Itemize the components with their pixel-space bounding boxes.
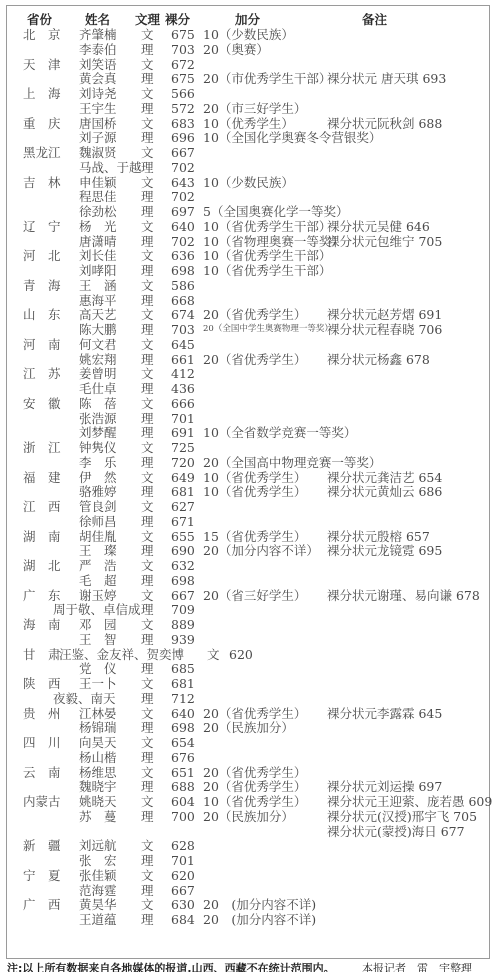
bonus-cell: 10（全省数学竞赛一等奖） — [203, 425, 356, 440]
name-cell: 严 浩 — [79, 558, 117, 573]
name-cell: 周于敬、卓信成 — [53, 602, 141, 617]
name-cell: 毛仕卓 — [79, 381, 117, 396]
name-cell: 张浩源 — [79, 411, 117, 426]
score-cell: 412 — [171, 366, 193, 381]
province-cell: 安 徽 — [23, 396, 67, 411]
name-cell: 李泰伯 — [79, 42, 117, 57]
name-cell: 徐师昌 — [79, 514, 117, 529]
score-cell: 683 — [171, 116, 193, 131]
name-cell: 陈 蓓 — [79, 396, 117, 411]
score-cell: 572 — [171, 101, 193, 116]
header-province: 省份 — [27, 12, 71, 27]
type-cell: 理 — [141, 573, 154, 588]
score-cell: 709 — [171, 602, 193, 617]
note-cell: 裸分状元包维宁 705 — [327, 234, 442, 249]
name-cell: 谢玉婷 — [79, 588, 117, 603]
name-cell: 刘长佳 — [79, 248, 117, 263]
type-cell: 理 — [141, 130, 154, 145]
bonus-cell: 15（省优秀学生） — [203, 529, 306, 544]
name-cell: 夜毅、南天 — [53, 691, 116, 706]
score-cell: 690 — [171, 543, 193, 558]
province-cell: 四 川 — [23, 735, 67, 750]
score-cell: 703 — [171, 322, 193, 337]
score-cell: 701 — [171, 853, 193, 868]
score-cell: 685 — [171, 661, 193, 676]
name-cell: 伊 然 — [79, 470, 117, 485]
score-cell: 566 — [171, 86, 193, 101]
type-cell: 文 — [141, 307, 154, 322]
note-cell: 裸分状元阮秋剑 688 — [327, 116, 442, 131]
name-cell: 黄昊华 — [79, 897, 117, 912]
province-cell: 河 北 — [23, 248, 67, 263]
name-cell: 骆雅婷 — [79, 484, 117, 499]
note-cell: 裸分状元刘运操 697 — [327, 779, 442, 794]
type-cell: 文 — [141, 499, 154, 514]
province-cell: 江 西 — [23, 499, 67, 514]
note-cell: 裸分状元黄灿云 686 — [327, 484, 442, 499]
type-cell: 理 — [141, 661, 154, 676]
footer-note: 注:以上所有数据来自各地媒体的报道,山西、西藏不在统计范围内。 — [7, 962, 335, 972]
note-cell: 裸分状元谢瑾、易向谦 678 — [327, 588, 480, 603]
type-cell: 文 — [141, 57, 154, 72]
bonus-cell: 20（市三好学生） — [203, 101, 306, 116]
score-cell: 681 — [171, 676, 193, 691]
name-cell: 杨锦瑞 — [79, 720, 117, 735]
score-cell: 636 — [171, 248, 193, 263]
score-cell: 720 — [171, 455, 193, 470]
score-cell: 712 — [171, 691, 193, 706]
bonus-cell: 10（省优秀学生干部） — [203, 248, 331, 263]
name-cell: 徐劲松 — [79, 204, 117, 219]
header-score: 裸分 — [165, 12, 190, 27]
bonus-cell: 20（省优秀学生） — [203, 779, 306, 794]
score-cell: 681 — [171, 484, 193, 499]
name-cell: 张 宏 — [79, 853, 117, 868]
note-cell: 裸分状元龚洁艺 654 — [327, 470, 442, 485]
score-cell: 667 — [171, 588, 193, 603]
score-cell: 661 — [171, 352, 193, 367]
name-cell: 王道蕴 — [79, 912, 117, 927]
type-cell: 理 — [141, 263, 154, 278]
province-cell: 湖 南 — [23, 529, 67, 544]
province-cell: 浙 江 — [23, 440, 67, 455]
name-cell: 齐肇楠 — [79, 27, 117, 42]
type-cell: 文 — [141, 278, 154, 293]
province-cell: 海 南 — [23, 617, 67, 632]
type-cell: 文 — [141, 897, 154, 912]
bonus-cell: 20（奥赛） — [203, 42, 269, 57]
type-cell: 理 — [141, 809, 154, 824]
note-cell: 裸分状元 唐天琪 693 — [327, 71, 446, 86]
score-cell: 640 — [171, 706, 193, 721]
score-cell: 939 — [171, 632, 193, 647]
province-cell: 宁 夏 — [23, 868, 67, 883]
note-cell: 裸分状元殷榕 657 — [327, 529, 430, 544]
bonus-cell: 10（省优秀学生） — [203, 794, 306, 809]
province-cell: 云 南 — [23, 765, 67, 780]
province-cell: 天 津 — [23, 57, 67, 72]
score-cell: 702 — [171, 189, 193, 204]
note-cell: 裸分状元杨鑫 678 — [327, 352, 430, 367]
province-cell: 湖 北 — [23, 558, 67, 573]
type-cell: 理 — [141, 42, 154, 57]
province-cell: 广 东 — [23, 588, 67, 603]
type-cell: 理 — [141, 720, 154, 735]
type-cell: 理 — [141, 381, 154, 396]
score-cell: 630 — [171, 897, 193, 912]
score-cell: 620 — [171, 868, 193, 883]
bonus-cell: 10（省优秀学生） — [203, 484, 306, 499]
province-cell: 福 建 — [23, 470, 67, 485]
bonus-cell: 20 (加分内容不详) — [203, 897, 316, 912]
type-cell: 理 — [141, 750, 154, 765]
results-table: 省份 姓名 文理 裸分 加分 备注 北 京齐肇楠文67510（少数民族）李泰伯理… — [6, 5, 490, 959]
name-cell: 程思佳 — [79, 189, 117, 204]
type-cell: 文 — [141, 337, 154, 352]
header-bonus: 加分 — [235, 12, 260, 27]
score-cell: 696 — [171, 130, 193, 145]
type-cell: 理 — [141, 853, 154, 868]
bonus-cell: 10（省优秀学生干部） — [203, 263, 331, 278]
province-cell: 陕 西 — [23, 676, 67, 691]
name-cell: 唐潇晴 — [79, 234, 117, 249]
type-cell: 文 — [141, 765, 154, 780]
score-cell: 671 — [171, 514, 193, 529]
name-cell: 范海霆 — [79, 883, 117, 898]
score-cell: 697 — [171, 204, 193, 219]
bonus-cell: 10（全国化学奥赛冬令营银奖） — [203, 130, 381, 145]
score-cell: 702 — [171, 234, 193, 249]
bonus-cell: 20（民族加分） — [203, 720, 294, 735]
type-cell: 理 — [141, 322, 154, 337]
score-cell: 436 — [171, 381, 193, 396]
type-cell: 文 — [141, 175, 154, 190]
type-cell: 理 — [141, 912, 154, 927]
bonus-cell: 20 (加分内容不详) — [203, 912, 316, 927]
province-cell: 内蒙古 — [23, 794, 67, 809]
score-cell: 627 — [171, 499, 193, 514]
type-cell: 文 — [141, 219, 154, 234]
province-cell: 河 南 — [23, 337, 67, 352]
type-cell: 理 — [141, 484, 154, 499]
type-cell: 理 — [141, 425, 154, 440]
type-cell: 文 — [141, 617, 154, 632]
footer-credit: 本报记者 雷 宇整理 — [362, 962, 472, 972]
name-cell: 何文君 — [79, 337, 117, 352]
bonus-cell: 20（省优秀学生） — [203, 765, 306, 780]
name-cell: 王一卜 — [79, 676, 117, 691]
score-cell: 632 — [171, 558, 193, 573]
name-cell: 刘诗尧 — [79, 86, 117, 101]
name-cell: 申佳颖 — [79, 175, 117, 190]
type-cell: 文 — [141, 868, 154, 883]
score-cell: 698 — [171, 573, 193, 588]
type-cell: 理 — [141, 293, 154, 308]
type-cell: 理 — [141, 543, 154, 558]
bonus-cell: 20（省优秀学生） — [203, 706, 306, 721]
type-cell: 文 — [141, 735, 154, 750]
name-cell: 杨维思 — [79, 765, 117, 780]
score-cell: 666 — [171, 396, 193, 411]
note-cell: 裸分状元王迎萦、庞若愚 609 — [327, 794, 492, 809]
name-cell: 唐国桥 — [79, 116, 117, 131]
name-cell: 向昊天 — [79, 735, 117, 750]
score-cell: 676 — [171, 750, 193, 765]
score-cell: 668 — [171, 293, 193, 308]
type-cell: 文 — [207, 647, 220, 662]
type-cell: 理 — [141, 411, 154, 426]
bonus-cell: 10（少数民族） — [203, 175, 294, 190]
note-cell: 裸分状元李露霖 645 — [327, 706, 442, 721]
name-cell: 王 璨 — [79, 543, 117, 558]
type-cell: 理 — [141, 514, 154, 529]
type-cell: 文 — [141, 558, 154, 573]
type-cell: 理 — [141, 632, 154, 647]
bonus-cell: 20（全国中学生奥赛物理一等奖） — [203, 322, 333, 337]
name-cell: 杨山楷 — [79, 750, 117, 765]
name-cell: 江林晏 — [79, 706, 117, 721]
score-cell: 643 — [171, 175, 193, 190]
score-cell: 667 — [171, 883, 193, 898]
bonus-cell: 10（省优秀学生干部） — [203, 219, 331, 234]
bonus-cell: 20（省优秀学生） — [203, 352, 306, 367]
name-cell: 钟隽仪 — [79, 440, 117, 455]
name-cell: 惠海平 — [79, 293, 117, 308]
bonus-cell: 10（省物理奥赛一等奖） — [203, 234, 344, 249]
bonus-cell: 20（省优秀学生） — [203, 307, 306, 322]
score-cell: 672 — [171, 57, 193, 72]
province-cell: 山 东 — [23, 307, 67, 322]
type-cell: 理 — [141, 160, 154, 175]
name-cell: 姜曾明 — [79, 366, 117, 381]
type-cell: 理 — [141, 352, 154, 367]
bonus-cell: 20（市优秀学生干部） — [203, 71, 331, 86]
type-cell: 文 — [141, 588, 154, 603]
name-cell: 魏淑贤 — [79, 145, 117, 160]
name-cell: 刘子源 — [79, 130, 117, 145]
name-cell: 姚晓天 — [79, 794, 117, 809]
type-cell: 理 — [141, 779, 154, 794]
name-cell: 管良剑 — [79, 499, 117, 514]
type-cell: 理 — [141, 455, 154, 470]
type-cell: 文 — [141, 676, 154, 691]
score-cell: 620 — [229, 647, 251, 662]
score-cell: 889 — [171, 617, 193, 632]
header-note: 备注 — [362, 12, 387, 27]
type-cell: 文 — [141, 86, 154, 101]
score-cell: 586 — [171, 278, 193, 293]
name-cell: 杨 光 — [79, 219, 117, 234]
score-cell: 698 — [171, 263, 193, 278]
name-cell: 刘笑语 — [79, 57, 117, 72]
note-cell: 裸分状元赵芳熠 691 — [327, 307, 442, 322]
type-cell: 文 — [141, 396, 154, 411]
type-cell: 理 — [141, 234, 154, 249]
type-cell: 文 — [141, 366, 154, 381]
score-cell: 654 — [171, 735, 193, 750]
name-cell: 王 涵 — [79, 278, 117, 293]
name-cell: 马战、于越 — [79, 160, 142, 175]
note-cell: 裸分状元吴健 646 — [327, 219, 430, 234]
province-cell: 青 海 — [23, 278, 67, 293]
name-cell: 姚宏翔 — [79, 352, 117, 367]
bonus-cell: 20（全国高中物理竞赛一等奖） — [203, 455, 381, 470]
province-cell: 黑龙江 — [23, 145, 67, 160]
score-cell: 667 — [171, 145, 193, 160]
bonus-cell: 10（优秀学生） — [203, 116, 294, 131]
province-cell: 辽 宁 — [23, 219, 67, 234]
score-cell: 725 — [171, 440, 193, 455]
score-cell: 645 — [171, 337, 193, 352]
province-cell: 上 海 — [23, 86, 67, 101]
name-cell: 魏晓宇 — [79, 779, 117, 794]
type-cell: 理 — [141, 602, 154, 617]
type-cell: 理 — [141, 883, 154, 898]
province-cell: 重 庆 — [23, 116, 67, 131]
province-cell: 北 京 — [23, 27, 67, 42]
name-cell: 黄会真 — [79, 71, 117, 86]
name-cell: 毛 超 — [79, 573, 117, 588]
score-cell: 701 — [171, 411, 193, 426]
type-cell: 理 — [141, 101, 154, 116]
header-type: 文理 — [135, 12, 160, 27]
type-cell: 文 — [141, 145, 154, 160]
type-cell: 理 — [141, 189, 154, 204]
type-cell: 理 — [141, 691, 154, 706]
score-cell: 651 — [171, 765, 193, 780]
score-cell: 649 — [171, 470, 193, 485]
type-cell: 文 — [141, 27, 154, 42]
type-cell: 文 — [141, 794, 154, 809]
score-cell: 698 — [171, 720, 193, 735]
score-cell: 684 — [171, 912, 193, 927]
header-name: 姓名 — [85, 12, 110, 27]
type-cell: 理 — [141, 204, 154, 219]
name-cell: 高天艺 — [79, 307, 117, 322]
bonus-cell: 5（全国奥赛化学一等奖） — [203, 204, 348, 219]
score-cell: 702 — [171, 160, 193, 175]
score-cell: 674 — [171, 307, 193, 322]
type-cell: 文 — [141, 838, 154, 853]
name-cell: 王宇生 — [79, 101, 117, 116]
bonus-cell: 20（加分内容不详） — [203, 543, 319, 558]
score-cell: 655 — [171, 529, 193, 544]
note-cell: 裸分状元龙镜霓 695 — [327, 543, 442, 558]
province-cell: 吉 林 — [23, 175, 67, 190]
type-cell: 文 — [141, 440, 154, 455]
name-cell: 苏 蔓 — [79, 809, 117, 824]
name-cell: 陈大鹏 — [79, 322, 117, 337]
name-cell: 邓 园 — [79, 617, 117, 632]
name-cell: 刘哮阳 — [79, 263, 117, 278]
score-cell: 640 — [171, 219, 193, 234]
type-cell: 文 — [141, 116, 154, 131]
name-cell: 刘远航 — [79, 838, 117, 853]
score-cell: 691 — [171, 425, 193, 440]
type-cell: 文 — [141, 706, 154, 721]
name-cell: 汪鉴、金友祥、贺奕博 — [59, 647, 184, 662]
name-cell: 刘梦醒 — [79, 425, 117, 440]
type-cell: 文 — [141, 529, 154, 544]
province-cell: 贵 州 — [23, 706, 67, 721]
bonus-cell: 20（省三好学生） — [203, 588, 306, 603]
score-cell: 703 — [171, 42, 193, 57]
note-cell: 裸分状元程春晓 706 — [327, 322, 442, 337]
note-cell: 裸分状元(蒙授)海日 677 — [327, 824, 465, 839]
score-cell: 688 — [171, 779, 193, 794]
name-cell: 王 智 — [79, 632, 117, 647]
type-cell: 理 — [141, 71, 154, 86]
name-cell: 党 仪 — [79, 661, 117, 676]
score-cell: 604 — [171, 794, 193, 809]
bonus-cell: 10（少数民族） — [203, 27, 294, 42]
name-cell: 张佳颖 — [79, 868, 117, 883]
score-cell: 700 — [171, 809, 193, 824]
province-cell: 江 苏 — [23, 366, 67, 381]
name-cell: 李 乐 — [79, 455, 117, 470]
score-cell: 628 — [171, 838, 193, 853]
bonus-cell: 20（民族加分） — [203, 809, 294, 824]
bonus-cell: 10（省优秀学生） — [203, 470, 306, 485]
type-cell: 文 — [141, 248, 154, 263]
note-cell: 裸分状元(汉授)邢宇飞 705 — [327, 809, 477, 824]
score-cell: 675 — [171, 27, 193, 42]
type-cell: 文 — [141, 470, 154, 485]
province-cell: 广 西 — [23, 897, 67, 912]
province-cell: 新 疆 — [23, 838, 67, 853]
name-cell: 胡佳胤 — [79, 529, 117, 544]
score-cell: 675 — [171, 71, 193, 86]
